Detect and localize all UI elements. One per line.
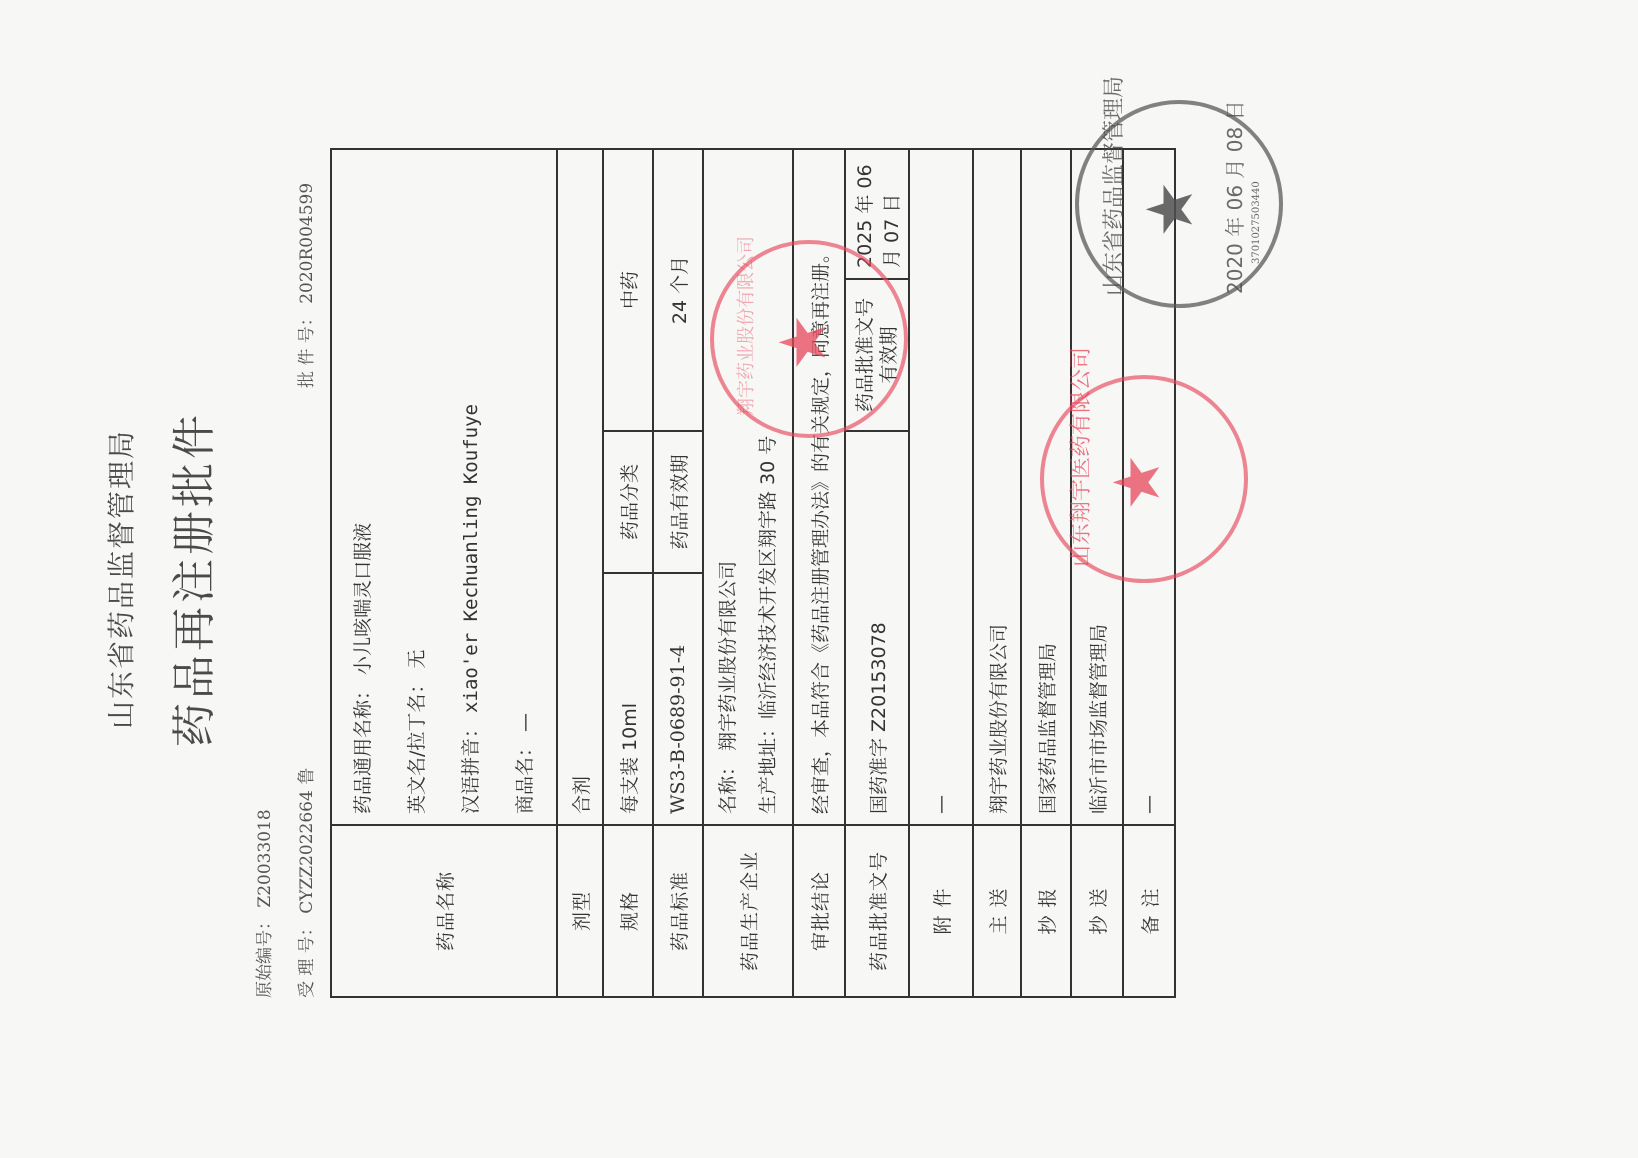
manufacturer-address: 生产地址：临沂经济技术开发区翔宇路 30 号	[748, 160, 788, 814]
table-row-conclusion: 审批结论 经审查，本品符合《药品注册管理办法》的有关规定，同意再注册。	[793, 149, 845, 997]
drug-name-label: 药品名称	[331, 825, 557, 997]
manufacturer-name: 名称： 翔宇药业股份有限公司	[708, 160, 748, 814]
manufacturer-name-label: 名称：	[717, 757, 739, 814]
remarks-value: —	[1123, 149, 1175, 825]
manufacturer-address-label: 生产地址：	[757, 719, 779, 814]
dosage-form-label: 剂型	[557, 825, 603, 997]
document-page: 山东省药品监督管理局 药品再注册批件 原始编号： Z20033018 受 理 号…	[0, 0, 1638, 1158]
table-row-approval-number: 药品批准文号 国药准字 Z20153078 药品批准文号有效期 2025 年 0…	[845, 149, 909, 997]
table-row-attachment: 附 件 —	[909, 149, 973, 997]
table-row-copy-to: 抄 送 临沂市市场监督管理局	[1071, 149, 1123, 997]
table-row-remarks: 备 注 —	[1123, 149, 1175, 997]
original-number-label: 原始编号：	[255, 913, 275, 998]
copy-to-label: 抄 送	[1071, 825, 1123, 997]
pinyin-name: 汉语拼音： xiao'er Kechuanling Koufuye	[444, 160, 498, 814]
standard-label: 药品标准	[653, 825, 703, 997]
conclusion-label: 审批结论	[793, 825, 845, 997]
table-row-main-recipient: 主 送 翔宇药业股份有限公司	[973, 149, 1021, 997]
registration-table: 药品名称 药品通用名称： 小儿咳喘灵口服液 英文名/拉丁名： 无 汉语拼音： x…	[330, 148, 1176, 998]
copy-to-value: 临沂市市场监督管理局	[1071, 149, 1123, 825]
generic-name-label: 药品通用名称：	[352, 681, 374, 814]
specification-value: 每支装 10ml	[603, 573, 653, 825]
approval-doc-number-label: 批 件 号：	[297, 309, 317, 388]
table-row-dosage-form: 剂型 合剂	[557, 149, 603, 997]
approval-validity-value: 2025 年 06 月 07 日	[845, 149, 909, 279]
trade-name-label: 商品名：	[514, 738, 536, 814]
agency-seal-date: 2020 年 06 月 08 日	[1219, 100, 1248, 294]
remarks-label: 备 注	[1123, 825, 1175, 997]
approval-doc-number-value: 2020R004599	[297, 183, 317, 304]
shelf-life-label: 药品有效期	[653, 431, 703, 573]
report-to-value: 国家药品监督管理局	[1021, 149, 1071, 825]
attachment-value: —	[909, 149, 973, 825]
agency-seal-code: 3701027503440	[1251, 181, 1262, 264]
approval-number-value: 国药准字 Z20153078	[845, 431, 909, 825]
original-number-value: Z20033018	[255, 809, 275, 907]
english-name-label: 英文名/拉丁名：	[406, 675, 428, 814]
approval-validity-label: 药品批准文号有效期	[845, 279, 909, 431]
manufacturer-cell: 名称： 翔宇药业股份有限公司 生产地址：临沂经济技术开发区翔宇路 30 号	[703, 149, 793, 825]
attachment-label: 附 件	[909, 825, 973, 997]
agency-name: 山东省药品监督管理局	[100, 0, 140, 1158]
manufacturer-address-value: 临沂经济技术开发区翔宇路 30 号	[757, 436, 779, 719]
approval-number-label: 药品批准文号	[845, 825, 909, 997]
standard-value: WS3-B-0689-91-4	[653, 573, 703, 825]
table-row-specification: 规格 每支装 10ml 药品分类 中药	[603, 149, 653, 997]
english-name-value: 无	[406, 650, 428, 669]
main-recipient-label: 主 送	[973, 825, 1021, 997]
document-title: 药品再注册批件	[158, 0, 222, 1158]
english-name: 英文名/拉丁名： 无	[390, 160, 444, 814]
specification-label: 规格	[603, 825, 653, 997]
shelf-life-value: 24 个月	[653, 149, 703, 431]
generic-name-value: 小儿咳喘灵口服液	[352, 523, 374, 675]
manufacturer-name-value: 翔宇药业股份有限公司	[717, 561, 739, 751]
acceptance-number-label: 受 理 号：	[297, 919, 317, 998]
category-label: 药品分类	[603, 431, 653, 573]
pinyin-label: 汉语拼音：	[460, 719, 482, 814]
drug-name-cell: 药品通用名称： 小儿咳喘灵口服液 英文名/拉丁名： 无 汉语拼音： xiao'e…	[331, 149, 557, 825]
table-row-manufacturer: 药品生产企业 名称： 翔宇药业股份有限公司 生产地址：临沂经济技术开发区翔宇路 …	[703, 149, 793, 997]
acceptance-number-value: CYZZ2022664 鲁	[297, 768, 317, 914]
category-value: 中药	[603, 149, 653, 431]
conclusion-value: 经审查，本品符合《药品注册管理办法》的有关规定，同意再注册。	[793, 149, 845, 825]
approval-doc-number: 批 件 号： 2020R004599	[292, 183, 317, 388]
dosage-form-value: 合剂	[557, 149, 603, 825]
manufacturer-label: 药品生产企业	[703, 825, 793, 997]
pinyin-value: xiao'er Kechuanling Koufuye	[460, 404, 482, 713]
report-to-label: 抄 报	[1021, 825, 1071, 997]
original-number: 原始编号： Z20033018	[250, 809, 275, 998]
trade-name: 商品名： —	[498, 160, 552, 814]
main-recipient-value: 翔宇药业股份有限公司	[973, 149, 1021, 825]
generic-name: 药品通用名称： 小儿咳喘灵口服液	[336, 160, 390, 814]
table-row-standard: 药品标准 WS3-B-0689-91-4 药品有效期 24 个月	[653, 149, 703, 997]
table-row-report-to: 抄 报 国家药品监督管理局	[1021, 149, 1071, 997]
table-row-drug-name: 药品名称 药品通用名称： 小儿咳喘灵口服液 英文名/拉丁名： 无 汉语拼音： x…	[331, 149, 557, 997]
acceptance-number: 受 理 号： CYZZ2022664 鲁	[292, 768, 317, 998]
trade-name-value: —	[514, 713, 536, 732]
